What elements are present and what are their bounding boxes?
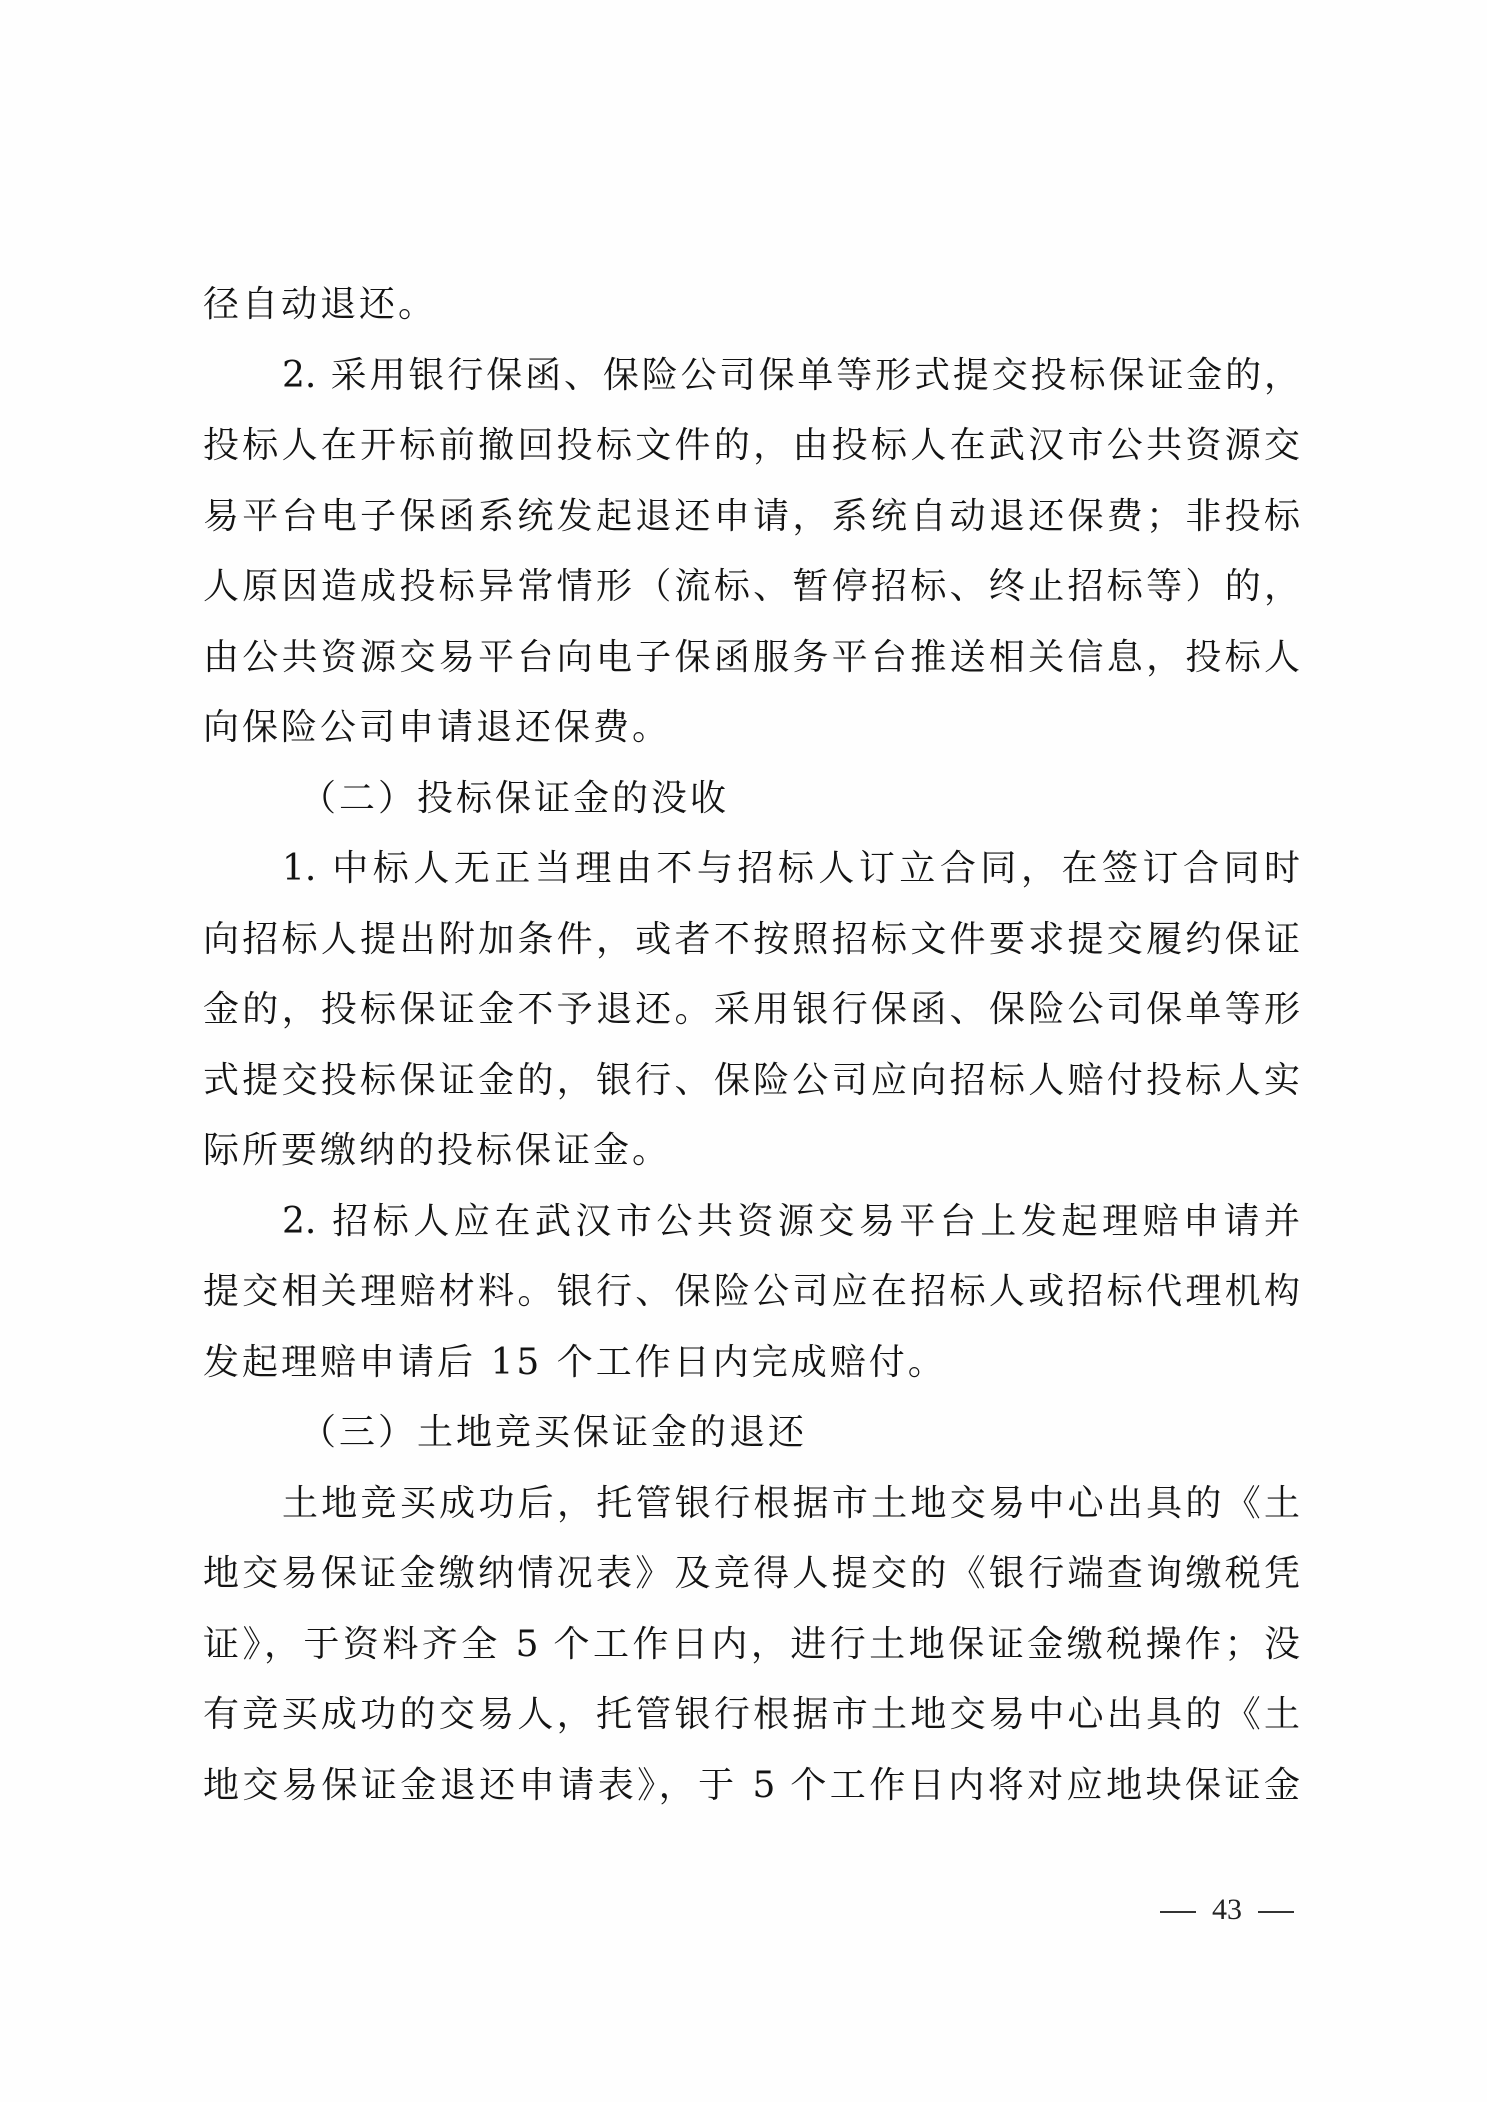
body-line: 地交易保证金退还申请表》，于 5 个工作日内将对应地块保证金 [203,1762,1300,1810]
body-line: 有竞买成功的交易人，托管银行根据市土地交易中心出具的《土 [203,1691,1300,1739]
dash-right [1258,1911,1294,1913]
section-heading-forfeiture: （二）投标保证金的没收 [300,775,729,823]
paragraph-1-start: 1. 中标人无正当理由不与招标人订立合同，在签订合同时 [282,845,1300,893]
body-line: 提交相关理赔材料。银行、保险公司应在招标人或招标代理机构 [203,1268,1300,1316]
paragraph-land-start: 土地竞买成功后，托管银行根据市土地交易中心出具的《土 [282,1480,1300,1528]
page-number: 43 [1160,1890,1310,1930]
paragraph-2-start: 2. 采用银行保函、保险公司保单等形式提交投标保证金的， [282,352,1300,400]
body-line: 易平台电子保函系统发起退还申请，系统自动退还保费；非投标 [203,493,1300,541]
dash-left [1160,1911,1196,1913]
body-line: 投标人在开标前撤回投标文件的，由投标人在武汉市公共资源交 [203,422,1300,470]
body-line: 向保险公司申请退还保费。 [203,704,1300,752]
paragraph-2-start: 2. 招标人应在武汉市公共资源交易平台上发起理赔申请并 [282,1198,1300,1246]
document-page: 径自动退还。 2. 采用银行保函、保险公司保单等形式提交投标保证金的， 投标人在… [0,0,1487,2102]
body-line: 金的，投标保证金不予退还。采用银行保函、保险公司保单等形 [203,986,1300,1034]
section-heading-land-deposit-refund: （三）土地竞买保证金的退还 [300,1409,807,1457]
body-line: 人原因造成投标异常情形（流标、暂停招标、终止招标等）的， [203,563,1300,611]
body-line: 式提交投标保证金的，银行、保险公司应向招标人赔付投标人实 [203,1057,1300,1105]
page-number-value: 43 [1212,1890,1242,1930]
body-line: 地交易保证金缴纳情况表》及竞得人提交的《银行端查询缴税凭 [203,1550,1300,1598]
body-line: 发起理赔申请后 15 个工作日内完成赔付。 [203,1339,1300,1387]
body-line: 径自动退还。 [203,281,1300,329]
body-line: 向招标人提出附加条件，或者不按照招标文件要求提交履约保证 [203,916,1300,964]
body-line: 证》，于资料齐全 5 个工作日内，进行土地保证金缴税操作；没 [203,1621,1300,1669]
body-line: 由公共资源交易平台向电子保函服务平台推送相关信息，投标人 [203,634,1300,682]
body-line: 际所要缴纳的投标保证金。 [203,1127,1300,1175]
